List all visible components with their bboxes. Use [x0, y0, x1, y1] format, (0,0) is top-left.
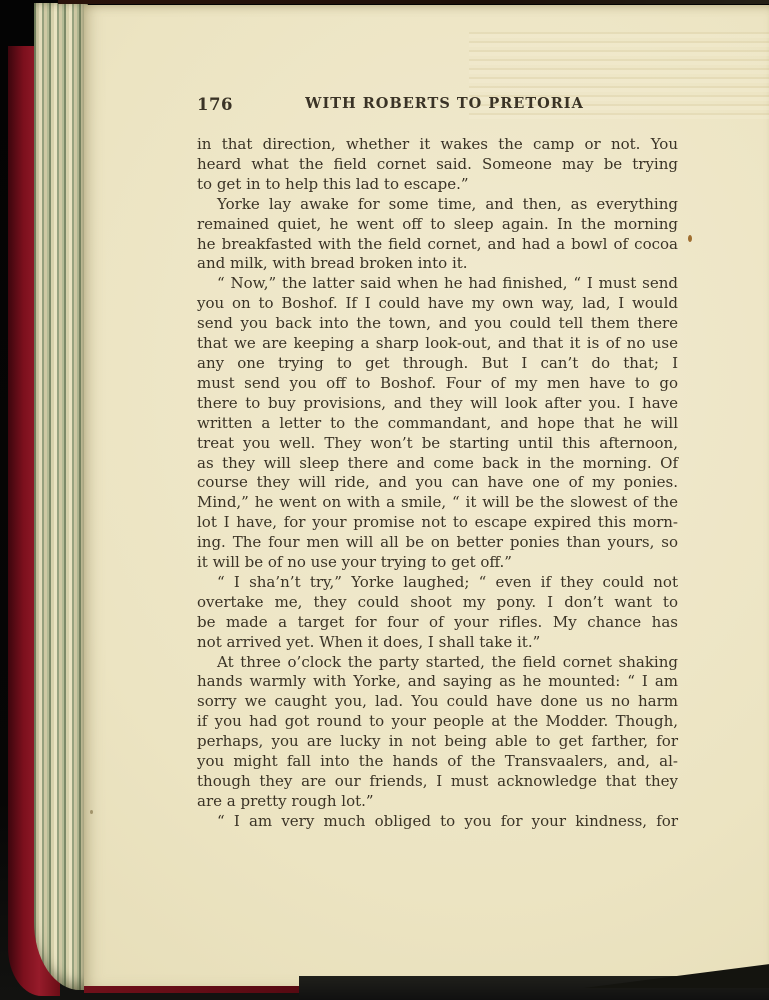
page-edges-stack [34, 3, 88, 990]
text-line: not arrived yet. When it does, I shall t… [197, 633, 678, 653]
text-line: you might fall into the hands of the Tra… [197, 752, 678, 772]
text-line: course they will ride, and you can have … [197, 473, 678, 493]
text-line: sorry we caught you, lad. You could have… [197, 692, 678, 712]
text-line: there to buy provisions, and they will l… [197, 394, 678, 414]
text-line: heard what the field cornet said. Someon… [197, 155, 678, 175]
book-scan-photo: 176 WITH ROBERTS TO PRETORIA in that dir… [0, 0, 769, 1000]
text-line: Yorke lay awake for some time, and then,… [197, 195, 678, 215]
text-line: you on to Boshof. If I could have my own… [197, 294, 678, 314]
text-line: ing. The four men will all be on better … [197, 533, 678, 553]
text-line: “ I sha’n’t try,” Yorke laughed; “ even … [197, 573, 678, 593]
text-line: overtake me, they could shoot my pony. I… [197, 593, 678, 613]
text-line: as they will sleep there and come back i… [197, 454, 678, 474]
text-line: it will be of no use your trying to get … [197, 553, 678, 573]
ink-speck [688, 235, 692, 242]
book-top-edge [58, 0, 769, 4]
text-line: and milk, with bread broken into it. [197, 254, 678, 274]
text-line: are a pretty rough lot.” [197, 792, 678, 812]
text-line: that we are keeping a sharp look-out, an… [197, 334, 678, 354]
text-line: treat you well. They won’t be starting u… [197, 434, 678, 454]
text-line: if you had got round to your people at t… [197, 712, 678, 732]
text-line: to get in to help this lad to escape.” [197, 175, 678, 195]
text-line: though they are our friends, I must ackn… [197, 772, 678, 792]
running-title: WITH ROBERTS TO PRETORIA [197, 95, 678, 112]
text-line: hands warmly with Yorke, and saying as h… [197, 672, 678, 692]
page-header: 176 WITH ROBERTS TO PRETORIA [197, 95, 678, 115]
text-line: he breakfasted with the field cornet, an… [197, 235, 678, 255]
text-line: any one trying to get through. But I can… [197, 354, 678, 374]
text-line: perhaps, you are lucky in not being able… [197, 732, 678, 752]
text-line: send you back into the town, and you cou… [197, 314, 678, 334]
text-line: must send you off to Boshof. Four of my … [197, 374, 678, 394]
text-line: written a letter to the commandant, and … [197, 414, 678, 434]
text-line: in that direction, whether it wakes the … [197, 135, 678, 155]
page-number: 176 [197, 95, 233, 114]
text-line: remained quiet, he went off to sleep aga… [197, 215, 678, 235]
body-text: in that direction, whether it wakes the … [197, 135, 678, 832]
text-line: Mind,” he went on with a smile, “ it wil… [197, 493, 678, 513]
text-line: At three o’clock the party started, the … [197, 653, 678, 673]
paper-speck [90, 810, 93, 814]
text-line: “ Now,” the latter said when he had fini… [197, 274, 678, 294]
text-line: be made a target for four of your rifles… [197, 613, 678, 633]
text-line: lot I have, for your promise not to esca… [197, 513, 678, 533]
text-line: “ I am very much obliged to you for your… [197, 812, 678, 832]
book-page: 176 WITH ROBERTS TO PRETORIA in that dir… [84, 5, 769, 986]
